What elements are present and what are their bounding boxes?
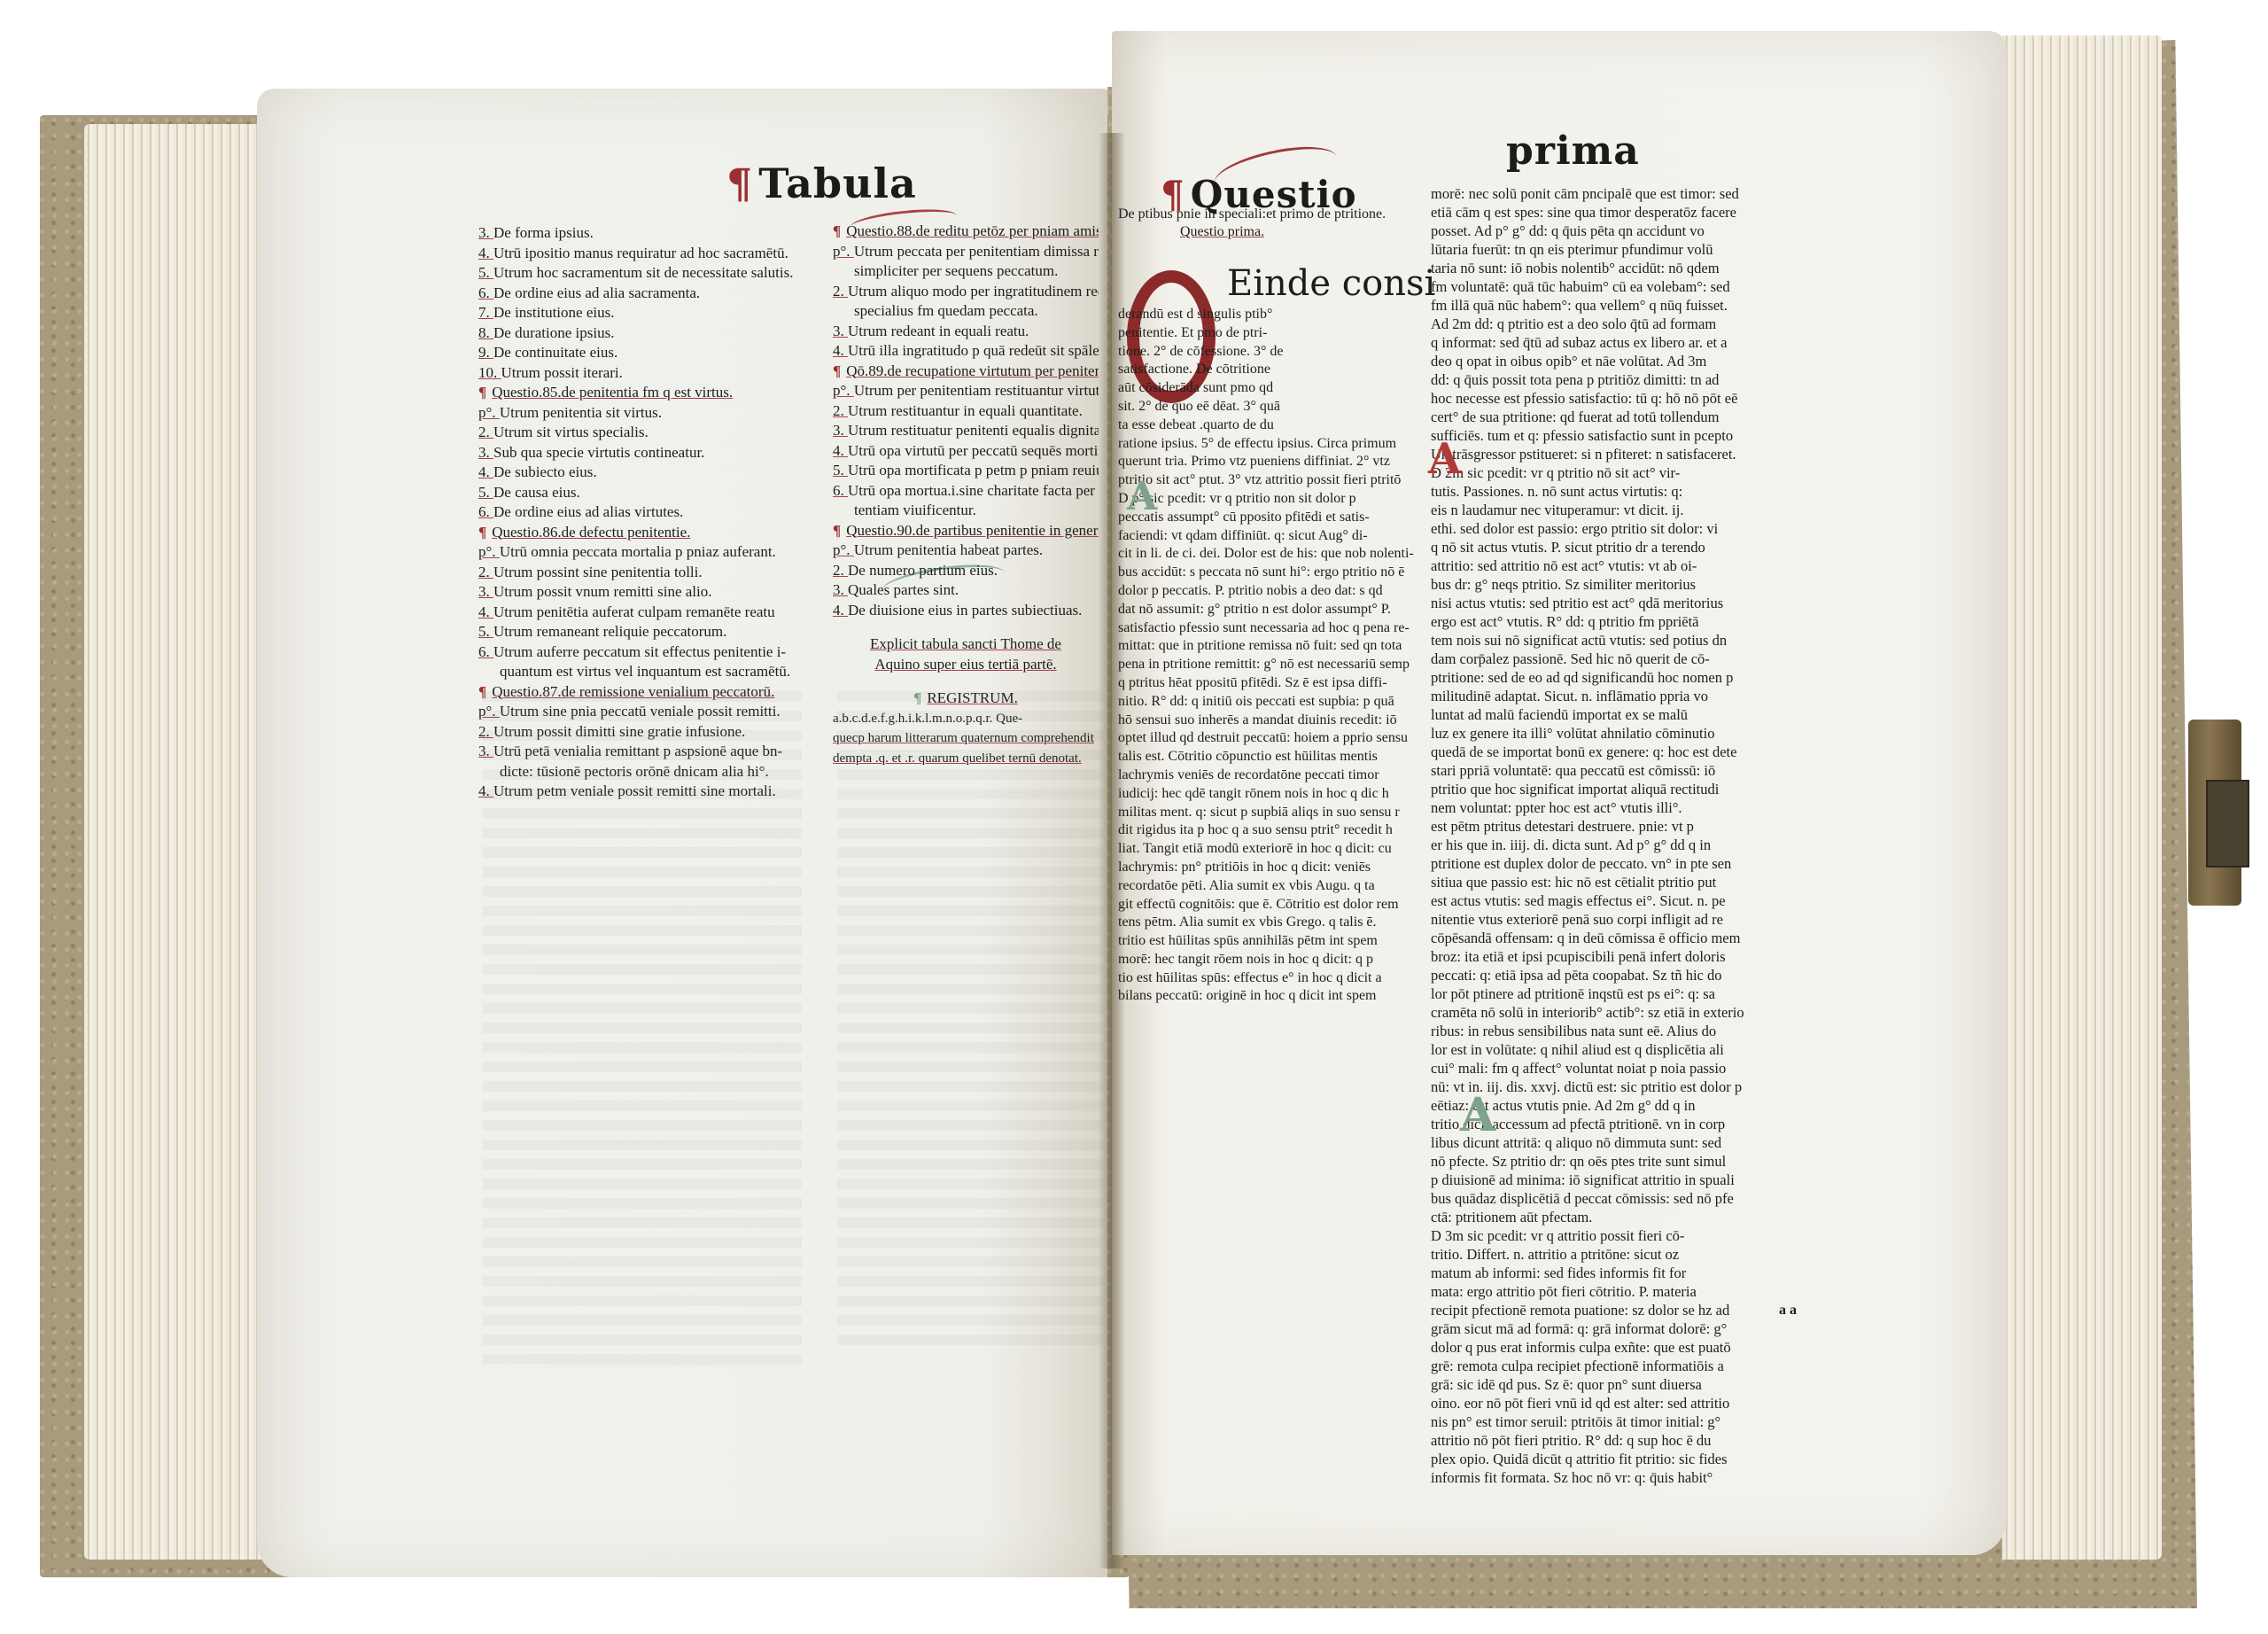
table-entry: 4. Utrum penitētia auferat culpam remanē… <box>478 603 815 623</box>
text-line: posset. Ad p° g° dd: q q̄uis pēta qn acc… <box>1431 222 1838 240</box>
table-entry: 6. De ordine eius ad alias virtutes. <box>478 502 815 523</box>
text-line: dolor p peccatis. P. ptritio nobis a deo… <box>1118 582 1433 601</box>
table-entry: 6. Utrū opa mortua.i.sine charitate fact… <box>833 481 1099 502</box>
entry-text: Utrum penitentia habeat partes. <box>854 541 1043 558</box>
entry-number: p°. <box>478 543 500 560</box>
clasp-plate <box>2206 780 2249 868</box>
text-line: stari ppriā voluntatē: qua peccatū est c… <box>1431 761 1838 780</box>
right-column-b: morē: nec solū ponit cām pncipalē que es… <box>1431 184 1838 1487</box>
text-line: est actus vtutis: sed magis effectus ei°… <box>1431 891 1838 910</box>
entry-text: Utrum possit vnum remitti sine alio. <box>493 583 711 600</box>
explicit: Explicit tabula sancti Thome de Aquino s… <box>833 634 1099 674</box>
text-line: nitentie vtus exteriorē penā suo corpi i… <box>1431 910 1838 929</box>
text-line: cert° de sua ptritione: qd fuerat ad tot… <box>1431 408 1838 426</box>
text-line: liat. Tangit etiā modū exteriorē in hoc … <box>1118 840 1433 859</box>
entry-text: simpliciter per sequens peccatum. <box>854 262 1058 279</box>
entry-number: 2. <box>833 283 848 300</box>
text-line: q informat: sed q̄tū ad subaz actus ex l… <box>1431 333 1838 352</box>
text-line: ptritione: sed de eo ad qd significandū … <box>1431 668 1838 687</box>
entry-number: 3. <box>833 581 848 598</box>
text-line: bus dr: g° neqs ptritio. Sz similiter me… <box>1431 575 1838 594</box>
text-line: cramēta nō solū in interiorib° actib°: s… <box>1431 1003 1838 1022</box>
table-entry: p°. Utrum per penitentiam restituantur v… <box>833 381 1099 401</box>
subheading: De ptibus pnie in speciali:et primo de p… <box>1118 206 1437 241</box>
left-page-stack <box>84 124 261 1560</box>
entry-number: 2. <box>478 424 493 440</box>
text-line: sit. 2° de quo eē dēat. 3° quā <box>1118 398 1433 416</box>
entry-number: 4. <box>833 342 848 359</box>
table-entry: 3. De forma ipsius. <box>478 223 815 244</box>
text-line: sufficiēs. tum et q: pfessio satisfactio… <box>1431 426 1838 445</box>
text-line: tritio. Differt. n. attritio a ptritōne:… <box>1431 1245 1838 1264</box>
text-line: D 2m sic pcedit: vr q ptritio nō sit act… <box>1431 463 1838 482</box>
text-line: lor pōt ptinere ad ptritionē inqstū est … <box>1431 984 1838 1003</box>
entry-text: Utrum penitētia auferat culpam remanēte … <box>493 603 775 620</box>
text-line: peccati: q: etiā ipsa ad pēta coopabat. … <box>1431 966 1838 984</box>
text-line: tione. 2° de cōfessione. 3° de <box>1118 343 1433 362</box>
text-line: er his que in. iiij. di. dicta sunt. Ad … <box>1431 836 1838 854</box>
text-line: attritio: sed attritio nō est act° vtuti… <box>1431 556 1838 575</box>
pilcrow-icon: ¶ <box>833 522 841 539</box>
text-line: lor est in volūtate: q nihil aliud est q… <box>1431 1040 1838 1059</box>
table-entry: 2. Utrum possint sine penitentia tolli. <box>478 563 815 583</box>
entry-number: 6. <box>478 284 493 301</box>
text-line: dolor q pus erat informis culpa exñte: q… <box>1431 1338 1838 1357</box>
text-line: militas ment. q: sicut p supbiā aliqs in… <box>1118 804 1433 822</box>
entry-number: 5. <box>478 484 493 501</box>
running-head-prima: prima <box>1506 128 1640 174</box>
text-line: D 3m sic pcedit: vr q attritio possit fi… <box>1431 1226 1838 1245</box>
entry-text: Utrum remaneant reliquie peccatorum. <box>493 623 726 640</box>
left-column-b: ¶Questio.88.de reditu petōz per pniam am… <box>833 222 1099 768</box>
show-through-text <box>837 691 1103 1347</box>
entry-text: tentiam viuificentur. <box>854 502 976 518</box>
question-heading: ¶Qō.89.de recupatione virtutum per penit… <box>833 362 1099 382</box>
entry-text: quantum est virtus vel inquantum est sac… <box>500 663 790 680</box>
table-entry: 5. Utrū opa mortificata p petm p pniam r… <box>833 461 1099 481</box>
entry-text: Utrum peccata per penitentiam dimissa re… <box>854 243 1099 260</box>
text-line: aūt cōsiderāda sunt pmo qd <box>1118 379 1433 398</box>
text-line: ergo est act° vtutis. R° dd: q ptritio f… <box>1431 612 1838 631</box>
entry-number: 2. <box>478 564 493 580</box>
text-line: bus quādaz displicētiā d peccat cōmissis… <box>1431 1189 1838 1208</box>
text-line: tens pētm. Alia sumit ex vbis Grego. q t… <box>1118 914 1433 932</box>
text-line: derandū est d singulis ptib° <box>1118 306 1433 324</box>
text-line: broz: ita etiā et ipsi pcupiscibili penā… <box>1431 947 1838 966</box>
table-entry: 4. Utrū ipositio manus requiratur ad hoc… <box>478 244 815 264</box>
entry-number: 7. <box>478 304 493 321</box>
text-line: grā: sic idē qd pus. Sz ē: quor pn° sunt… <box>1431 1375 1838 1394</box>
entry-number: 3. <box>478 444 493 461</box>
table-entry: 4. De subiecto eius. <box>478 463 815 483</box>
text-line: sitiua que passio est: hic nō est cētial… <box>1431 873 1838 891</box>
text-line: bus accidūt: s peccata nō sunt hi°: ergo… <box>1118 564 1433 582</box>
entry-text: Utrum hoc sacramentum sit de necessitate… <box>493 264 794 281</box>
text-line: luntat ad malū faciendū importat ex se m… <box>1431 705 1838 724</box>
entry-text: De numero partium eius. <box>848 562 998 579</box>
text-line: dam corp̄alez passionē. Sed hic nō queri… <box>1431 650 1838 668</box>
text-line: oino. eor nō pōt fieri vnū id qd est alt… <box>1431 1394 1838 1412</box>
table-entry: p°. Utrum peccata per penitentiam dimiss… <box>833 242 1099 262</box>
table-entry: 6. Utrum auferre peccatum sit effectus p… <box>478 642 815 663</box>
table-entry: 2. De numero partium eius. <box>833 561 1099 581</box>
entry-text: Questio.85.de penitentia fm q est virtus… <box>492 384 733 401</box>
text-line: tem nois sui nō significat actū vtutis: … <box>1431 631 1838 650</box>
entry-text: Utrum sit virtus specialis. <box>493 424 649 440</box>
entry-text: Utrum redeant in equali reatu. <box>848 323 1029 339</box>
text-line: nitio. R° dd: q initiū ois peccati est s… <box>1118 693 1433 712</box>
text-line: etiā cām q est spes: sine qua timor desp… <box>1431 203 1838 222</box>
entry-text: De institutione eius. <box>493 304 614 321</box>
entry-text: Qō.89.de recupatione virtutum per penite… <box>846 362 1099 379</box>
entry-text: De continuitate eius. <box>493 344 617 361</box>
entry-text: Utrum restituatur penitenti equalis dign… <box>848 422 1099 439</box>
text-line: D p° sic pcedit: vr q ptritio non sit do… <box>1118 490 1433 509</box>
text-line: peccatis assumpt° cū pposito pfitēdi et … <box>1118 509 1433 527</box>
text-line: dit rigidus ita p hoc q a suo sensu ptri… <box>1118 821 1433 840</box>
table-entry: quantum est virtus vel inquantum est sac… <box>478 662 815 682</box>
table-entry: 5. Utrum hoc sacramentum sit de necessit… <box>478 263 815 284</box>
table-entry: 2. Utrum sit virtus specialis. <box>478 423 815 443</box>
entry-number: 3. <box>833 323 848 339</box>
text-line: luz ex genere ita illi° volūtat ahnilati… <box>1431 724 1838 743</box>
text-line: Ad 2m dd: q ptritio est a deo solo q̄tū … <box>1431 315 1838 333</box>
entry-text: De ordine eius ad alias virtutes. <box>493 503 683 520</box>
text-line: cui° mali: fm q affect° voluntat noiat p… <box>1431 1059 1838 1078</box>
right-column-a: derandū est d singulis ptib°penitentie. … <box>1118 306 1433 1006</box>
entry-number: p°. <box>833 541 854 558</box>
text-line: ethi. sed dolor est passio: ergo ptritio… <box>1431 519 1838 538</box>
red-initial-A: A <box>1428 434 1461 484</box>
entry-text: Utrū ipositio manus requiratur ad hoc sa… <box>493 245 788 261</box>
entry-text: Questio.88.de reditu petōz per pniam ami… <box>846 222 1099 239</box>
entry-text: De subiecto eius. <box>493 463 597 480</box>
entry-number: 4. <box>478 245 493 261</box>
question-heading: ¶Questio.90.de partibus penitentie in ge… <box>833 521 1099 541</box>
table-entry: tentiam viuificentur. <box>833 501 1099 521</box>
entry-text: Utrum possit iterari. <box>501 364 623 381</box>
text-line: optet illud qd destruit peccatū: hoiem a… <box>1118 729 1433 748</box>
explicit-line: Aquino super eius tertiā partē. <box>833 655 1099 675</box>
table-entry: p°. Utrum penitentia habeat partes. <box>833 541 1099 561</box>
text-line: Un trāsgressor pstitueret: si n pfiteret… <box>1431 445 1838 463</box>
entry-text: Utrum per penitentiam restituantur virtu… <box>854 382 1099 399</box>
entry-text: Questio.90.de partibus penitentie in gen… <box>846 522 1099 539</box>
entry-number: p°. <box>833 243 854 260</box>
table-entry: 4. Utrū opa virtutū per peccatū sequēs m… <box>833 441 1099 462</box>
entry-number: 2. <box>833 402 848 419</box>
right-page-stack <box>2002 35 2162 1560</box>
text-line: ptritione est duplex dolor de peccato. v… <box>1431 854 1838 873</box>
table-entry: 4. De diuisione eius in partes subiectiu… <box>833 601 1099 621</box>
incipit: Einde consi <box>1227 264 1435 303</box>
entry-text: Utrū illa ingratitudo p quā redeūt sit s… <box>848 342 1099 359</box>
table-entry: 4. Utrū illa ingratitudo p quā redeūt si… <box>833 341 1099 362</box>
text-line: ctā: ptritionem aūt pfectam. <box>1431 1208 1838 1226</box>
text-line: cit in li. de ci. dei. Dolor est de his:… <box>1118 545 1433 564</box>
text-line: tutis. Passiones. n. nō sunt actus virtu… <box>1431 482 1838 501</box>
entry-number: 6. <box>833 482 848 499</box>
table-entry: 2. Utrum aliquo modo per ingratitudinem … <box>833 282 1099 302</box>
table-entry: 3. Sub qua specie virtutis contineatur. <box>478 443 815 463</box>
text-line: tio est hūilitas spūs: effectus e° in ho… <box>1118 969 1433 988</box>
text-line: iudicij: hec qdē tangit rōnem nois in ho… <box>1118 785 1433 804</box>
text-line: fm voluntatē: quā tūc habuim° cū ea vole… <box>1431 277 1838 296</box>
text-line: git effectū cognitōis: que ē. Cōtritio e… <box>1118 896 1433 914</box>
entry-text: specialius fm quedam peccata. <box>854 302 1038 319</box>
explicit-line: Explicit tabula sancti Thome de <box>833 634 1099 655</box>
pilcrow-icon: ¶ <box>833 362 841 379</box>
text-line: hoc necesse est pfessio satisfactio: tū … <box>1431 389 1838 408</box>
entry-text: De duratione ipsius. <box>493 324 614 341</box>
text-line: dd: q q̄uis possit tota pena p ptritiōz … <box>1431 370 1838 389</box>
text-line: deo q opat in oibus opib° et nāe volūtat… <box>1431 352 1838 370</box>
entry-text: Utrū opa virtutū per peccatū sequēs mort… <box>848 442 1099 459</box>
entry-text: Utrum penitentia sit virtus. <box>500 404 662 421</box>
text-line: recordatōe pēti. Alia sumit ex vbis Augu… <box>1118 877 1433 896</box>
entry-text: De diuisione eius in partes subiectiuas. <box>848 602 1082 619</box>
text-line: nō pfecte. Sz ptritio dr: qn oēs ptes tr… <box>1431 1152 1838 1171</box>
entry-number: 4. <box>833 442 848 459</box>
table-entry: p°. Utrum penitentia sit virtus. <box>478 403 815 424</box>
entry-text: De forma ipsius. <box>493 224 594 241</box>
question-heading: ¶Questio.85.de penitentia fm q est virtu… <box>478 383 815 403</box>
entry-text: De causa eius. <box>493 484 580 501</box>
entry-text: Utrum aliquo modo per ingratitudinem red… <box>848 283 1099 300</box>
entry-number: 10. <box>478 364 501 381</box>
table-entry: 6. De ordine eius ad alia sacramenta. <box>478 284 815 304</box>
entry-text: Questio.86.de defectu penitentie. <box>492 524 690 541</box>
text-line: lachrymis veniēs de recordatōne peccati … <box>1118 766 1433 785</box>
text-line: morē: hec tangit rōem nois in hoc q dici… <box>1118 951 1433 969</box>
text-line: q nō sit actus vtutis. P. sicut ptritio … <box>1431 538 1838 556</box>
entry-number: 4. <box>478 603 493 620</box>
green-initial-A: A <box>1460 1088 1495 1142</box>
entry-number: 9. <box>478 344 493 361</box>
table-entry: 9. De continuitate eius. <box>478 343 815 363</box>
text-line: ratione ipsius. 5° de effectu ipsius. Ci… <box>1118 435 1433 454</box>
signature-mark: a a <box>1779 1303 1797 1319</box>
table-entry: 5. De causa eius. <box>478 483 815 503</box>
text-line: morē: nec solū ponit cām pncipalē que es… <box>1431 184 1838 203</box>
text-line: faciendi: vt qdam diffiniūt. q: sicut Au… <box>1118 527 1433 546</box>
pilcrow-icon: ¶ <box>478 524 486 541</box>
text-line: informis fit formata. Sz hoc nō vr: q: q… <box>1431 1468 1838 1487</box>
text-line: quedā de se importat bonū ex genere: q: … <box>1431 743 1838 761</box>
text-line: talis est. Cōtritio cōpunctio est hūilit… <box>1118 748 1433 766</box>
text-line: est pētm ptritus detestari destruere. pn… <box>1431 817 1838 836</box>
table-entry: p°. Utrū omnia peccata mortalia p pniaz … <box>478 542 815 563</box>
text-line: nem voluntat: ppter hoc est act° vtutis … <box>1431 798 1838 817</box>
text-line: mata: ergo attritio pōt fieri cōtritio. … <box>1431 1282 1838 1301</box>
table-entry: 3. Utrum possit vnum remitti sine alio. <box>478 582 815 603</box>
text-line: satisfactio pfessio sunt necessaria ad h… <box>1118 619 1433 638</box>
entry-text: Utrum auferre peccatum sit effectus peni… <box>493 643 786 660</box>
entry-number: 3. <box>478 583 493 600</box>
show-through-text <box>483 691 802 1365</box>
table-entry: 3. Quales partes sint. <box>833 580 1099 601</box>
text-line: grām sicut mā ad formā: q: grā informat … <box>1431 1319 1838 1338</box>
table-entry: 8. De duratione ipsius. <box>478 323 815 344</box>
table-entry: 10. Utrum possit iterari. <box>478 363 815 384</box>
entry-number: 4. <box>833 602 848 619</box>
entry-text: Quales partes sint. <box>848 581 959 598</box>
text-line: ribus: in rebus sensibilibus nata sunt e… <box>1431 1022 1838 1040</box>
entry-text: Utrū opa mortificata p petm p pniam reui… <box>848 462 1099 479</box>
entry-number: 6. <box>478 643 493 660</box>
table-entry: 3. Utrum restituatur penitenti equalis d… <box>833 421 1099 441</box>
entry-text: Sub qua specie virtutis contineatur. <box>493 444 704 461</box>
entry-text: Utrū omnia peccata mortalia p pniaz aufe… <box>500 543 776 560</box>
entry-number: 5. <box>478 623 493 640</box>
text-line: lūtaria fuerūt: tn qn eis pterimur pfund… <box>1431 240 1838 259</box>
entry-text: Utrū opa mortua.i.sine charitate facta p… <box>848 482 1099 499</box>
entry-text: Utrum possint sine penitentia tolli. <box>493 564 703 580</box>
text-line: taria nō sunt: iō nobis nolentib° accidū… <box>1431 259 1838 277</box>
text-line: attritio nō pōt fieri ptritio. R° dd: q … <box>1431 1431 1838 1450</box>
entry-text: Utrum restituantur in equali quantitate. <box>848 402 1083 419</box>
running-head-text: prima <box>1506 128 1640 174</box>
text-line: penitentie. Et pmo de ptri- <box>1118 324 1433 343</box>
entry-number: 3. <box>833 422 848 439</box>
text-line: satisfactione. De cōtritione <box>1118 361 1433 379</box>
text-line: fm illā quā nūc habem°: qua vellem° q nū… <box>1431 296 1838 315</box>
running-head-text: Tabula <box>758 160 917 207</box>
text-line: nis pn° est timor seruil: ptritōis āt ti… <box>1431 1412 1838 1431</box>
text-line: matum ab informi: sed fides informis fit… <box>1431 1264 1838 1282</box>
subheading-line: De ptibus pnie in speciali:et primo de p… <box>1118 206 1437 223</box>
text-line: pena in ptritione remittit: g° nō est ne… <box>1118 656 1433 674</box>
table-entry: specialius fm quedam peccata. <box>833 301 1099 322</box>
incipit-text: Einde consi <box>1227 263 1435 304</box>
entry-number: 6. <box>478 503 493 520</box>
subheading-line: Questio prima. <box>1118 223 1437 241</box>
text-line: ta esse debeat .quarto de du <box>1118 416 1433 435</box>
text-line: ptritio sit act° ptut. 3° vtz attritio p… <box>1118 471 1433 490</box>
text-line: lachrymis: pn° ptritiōis in hoc q dicit:… <box>1118 859 1433 877</box>
table-entry: 3. Utrum redeant in equali reatu. <box>833 322 1099 342</box>
table-entry: simpliciter per sequens peccatum. <box>833 261 1099 282</box>
entry-number: p°. <box>478 404 500 421</box>
table-entry: 7. De institutione eius. <box>478 303 815 323</box>
running-head-tabula: ¶Tabula <box>726 160 917 207</box>
text-line: recipit pfectionē remota puatione: sz do… <box>1431 1301 1838 1319</box>
text-line: ptritio que hoc significat importat aliq… <box>1431 780 1838 798</box>
text-line: cōpēsandā offensam: q in deū cōmissa ē o… <box>1431 929 1838 947</box>
text-line: militudinē adaptat. Sicut. n. inflāmatio… <box>1431 687 1838 705</box>
pilcrow-icon: ¶ <box>478 384 486 401</box>
text-line: q ptritus hēat ppositū pfitēdi. Sz ē est… <box>1118 674 1433 693</box>
entry-number: 2. <box>833 562 848 579</box>
text-line: mittat: que in ptritione remissa nō fuit… <box>1118 637 1433 656</box>
text-line: p diuisionē ad minima: iō significat att… <box>1431 1171 1838 1189</box>
text-line: tritio est hūilitas spūs annihilās pētm … <box>1118 932 1433 951</box>
green-initial-A: A <box>1127 474 1157 519</box>
question-heading: ¶Questio.86.de defectu penitentie. <box>478 523 815 543</box>
pilcrow-icon: ¶ <box>833 222 841 239</box>
entry-number: 4. <box>478 463 493 480</box>
text-line: hō sensui suo inherēs a mandat diuinis r… <box>1118 712 1433 730</box>
text-line: eis n laudamur nec vituperamur: vt dicit… <box>1431 501 1838 519</box>
text-line: querunt tria. Primo vtz pueniens diffini… <box>1118 453 1433 471</box>
text-line: plex opio. Quidā dicūt q attritio fit pt… <box>1431 1450 1838 1468</box>
table-entry: 2. Utrum restituantur in equali quantita… <box>833 401 1099 422</box>
question-heading: ¶Questio.88.de reditu petōz per pniam am… <box>833 222 1099 242</box>
text-line: grē: remota culpa recipiet pfectionē inf… <box>1431 1357 1838 1375</box>
text-line: bilans peccatū: originē in hoc q dicit i… <box>1118 987 1433 1006</box>
entry-number: 5. <box>833 462 848 479</box>
entry-number: 5. <box>478 264 493 281</box>
entry-number: 3. <box>478 224 493 241</box>
table-entry: 5. Utrum remaneant reliquie peccatorum. <box>478 622 815 642</box>
pilcrow-icon: ¶ <box>726 160 753 207</box>
text-line: nisi actus vtutis: sed ptritio est act° … <box>1431 594 1838 612</box>
entry-number: p°. <box>833 382 854 399</box>
entry-number: 8. <box>478 324 493 341</box>
entry-text: De ordine eius ad alia sacramenta. <box>493 284 700 301</box>
text-line: dat nō assumit: g° ptritio n est dolor a… <box>1118 601 1433 619</box>
